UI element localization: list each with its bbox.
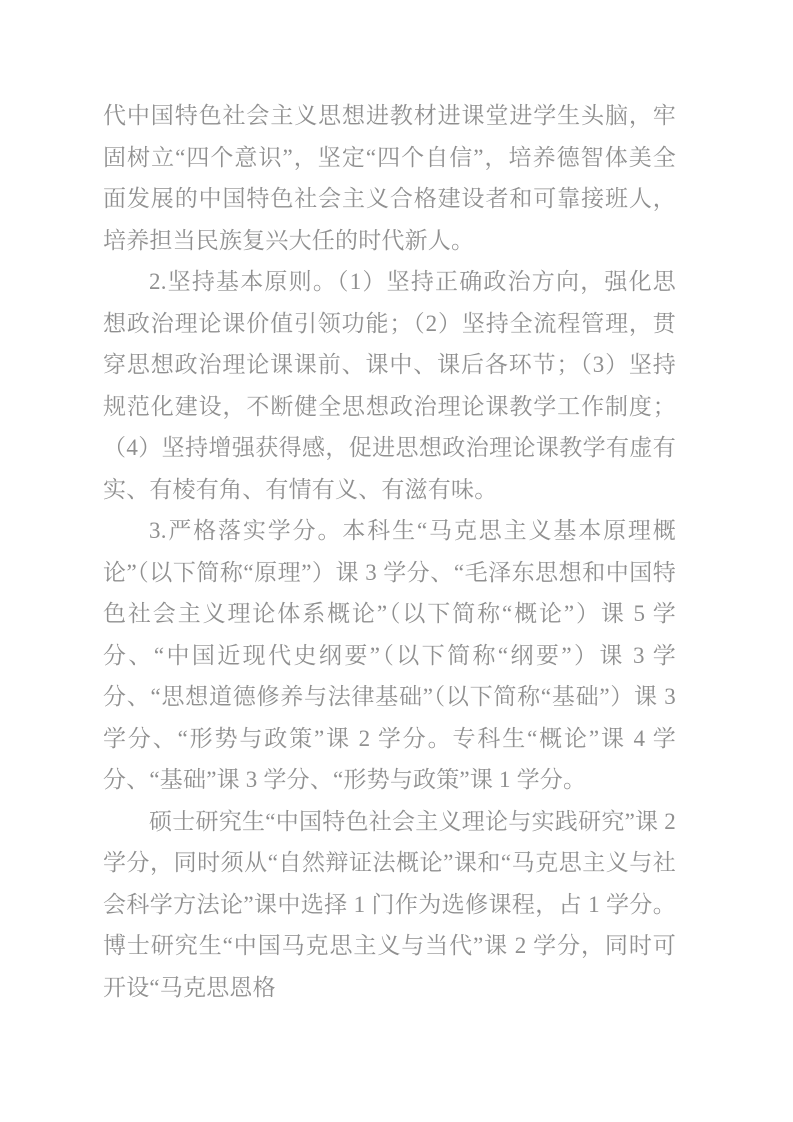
document-page: 代中国特色社会主义思想进教材进课堂进学生头脑，牢固树立“四个意识”，坚定“四个自…	[0, 0, 793, 1122]
paragraph-item-2: 2.坚持基本原则。（1）坚持正确政治方向，强化思想政治理论课价值引领功能；（2）…	[103, 261, 676, 510]
document-body: 代中国特色社会主义思想进教材进课堂进学生头脑，牢固树立“四个意识”，坚定“四个自…	[103, 95, 676, 1008]
paragraph-graduate-credits: 硕士研究生“中国特色社会主义理论与实践研究”课 2 学分，同时须从“自然辩证法概…	[103, 801, 676, 1009]
paragraph-continuation: 代中国特色社会主义思想进教材进课堂进学生头脑，牢固树立“四个意识”，坚定“四个自…	[103, 95, 676, 261]
paragraph-item-3: 3.严格落实学分。本科生“马克思主义基本原理概论”（以下简称“原理”）课 3 学…	[103, 510, 676, 801]
